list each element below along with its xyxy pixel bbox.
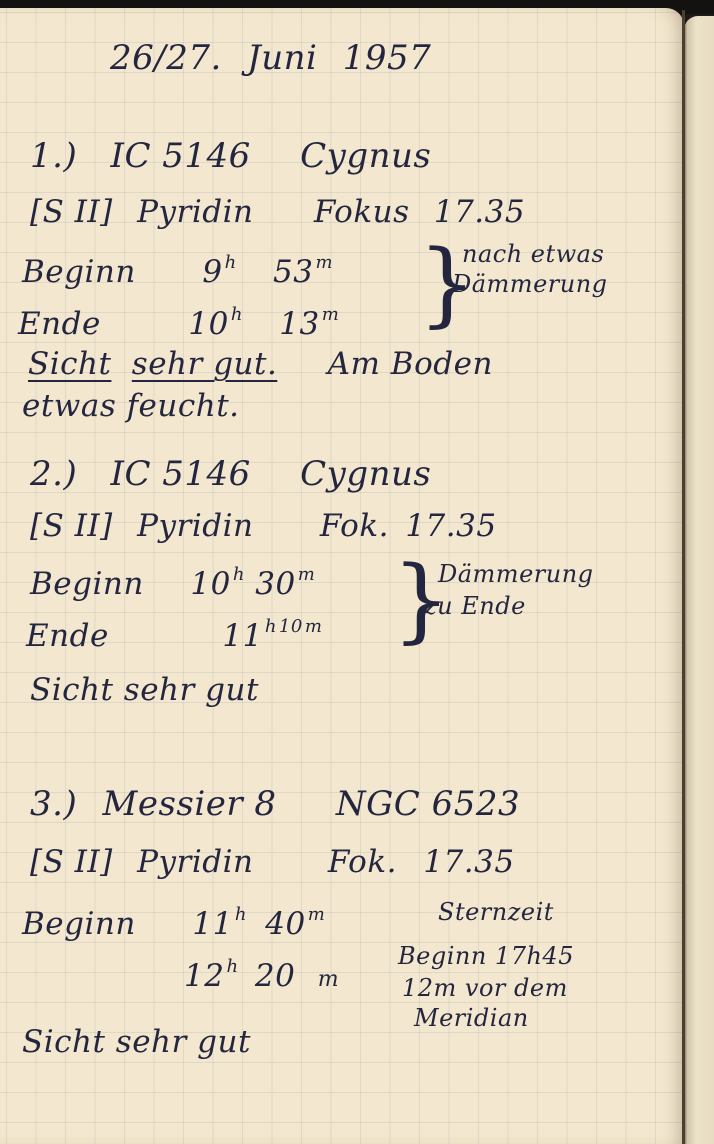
focus-value: 17.35 — [405, 508, 496, 544]
minute-unit: m — [316, 252, 334, 273]
minute-unit: m — [305, 616, 323, 637]
brace-note-1: nach etwas — [462, 240, 604, 268]
focus-value: 17.35 — [423, 844, 514, 880]
end-line: Ende 10h 13m — [18, 304, 339, 342]
focus-value: 17.35 — [434, 194, 525, 230]
notebook-spread: 26/27. Juni 1957 1.) IC 5146 Cygnus [S I… — [0, 0, 714, 1144]
end-label: Ende — [26, 618, 212, 654]
begin-label: Beginn — [22, 906, 182, 942]
entry-heading: 1.) IC 5146 Cygnus — [30, 136, 431, 176]
plate-type: Pyridin — [137, 508, 253, 544]
meridian-note-2: Meridian — [414, 1004, 529, 1032]
begin-label: Beginn — [22, 254, 192, 290]
hour-unit: h — [235, 904, 247, 925]
minute-unit: m — [322, 304, 340, 325]
hour-unit: h — [225, 252, 237, 273]
end-minutes: 20 — [255, 958, 295, 994]
entry-heading: 2.) IC 5146 Cygnus — [30, 454, 431, 494]
remarks: Sicht sehr gut — [30, 672, 259, 708]
constellation: Cygnus — [300, 136, 431, 176]
end-label: Ende — [18, 306, 178, 342]
begin-line: Beginn 9h 53m — [22, 252, 333, 290]
date-month: Juni — [247, 38, 317, 78]
begin-hours: 11 — [192, 906, 232, 942]
begin-minutes: 30 — [255, 566, 295, 602]
focus-label: Fok. — [320, 508, 389, 544]
minute-unit: m — [298, 564, 316, 585]
filter: [S II] — [30, 508, 113, 544]
brace-note-1: Dämmerung — [438, 560, 594, 588]
remarks-line-1: Sicht sehr gut. Am Boden — [28, 346, 493, 382]
entry-number: 3.) — [30, 784, 77, 824]
next-page-edge — [684, 16, 714, 1144]
hour-unit: h — [226, 956, 238, 977]
setup-line: [S II] Pyridin Fok. 17.35 — [30, 844, 515, 880]
end-hours: 12 — [184, 958, 224, 994]
remark-sight: Sicht — [28, 346, 111, 382]
entry-number: 1.) — [30, 136, 77, 176]
end-hours: 10 — [188, 306, 228, 342]
hour-unit: h — [265, 616, 277, 637]
object-name: IC 5146 — [111, 136, 251, 176]
focus-label: Fok. — [328, 844, 397, 880]
minute-unit: m — [308, 904, 326, 925]
object-name: IC 5146 — [111, 454, 251, 494]
begin-line: Beginn 10h 30m — [30, 564, 315, 602]
brace-note-2: zu Ende — [424, 592, 526, 620]
hour-unit: h — [231, 304, 243, 325]
setup-line: [S II] Pyridin Fok. 17.35 — [30, 508, 497, 544]
catalog-alt: NGC 6523 — [336, 784, 520, 824]
remark-quality: sehr gut. — [132, 346, 278, 382]
begin-label: Beginn — [30, 566, 180, 602]
sidereal-begin: Beginn 17h45 — [398, 942, 574, 970]
date-year: 1957 — [343, 38, 432, 78]
filter: [S II] — [30, 194, 113, 230]
end-line: 12h 20 m — [184, 956, 339, 994]
date-nights: 26/27. — [110, 38, 222, 78]
notebook-page: 26/27. Juni 1957 1.) IC 5146 Cygnus [S I… — [0, 8, 684, 1144]
begin-hours: 10 — [190, 566, 230, 602]
end-line: Ende 11h10m — [26, 616, 322, 654]
page-date: 26/27. Juni 1957 — [110, 38, 431, 78]
focus-label: Fokus — [314, 194, 410, 230]
plate-type: Pyridin — [137, 844, 253, 880]
entry-number: 2.) — [30, 454, 77, 494]
remark-ground: Am Boden — [328, 346, 493, 382]
remarks: Sicht sehr gut — [22, 1024, 251, 1060]
end-minutes: 10 — [279, 616, 303, 637]
plate-type: Pyridin — [137, 194, 253, 230]
begin-minutes: 40 — [265, 906, 305, 942]
hour-unit: h — [233, 564, 245, 585]
begin-minutes: 53 — [273, 254, 313, 290]
sidereal-label: Sternzeit — [438, 898, 554, 926]
entry-heading: 3.) Messier 8 NGC 6523 — [30, 784, 520, 824]
begin-line: Beginn 11h 40m — [22, 904, 325, 942]
constellation: Cygnus — [300, 454, 431, 494]
setup-line: [S II] Pyridin Fokus 17.35 — [30, 194, 525, 230]
remarks-line-2: etwas feucht. — [22, 388, 240, 424]
filter: [S II] — [30, 844, 113, 880]
end-minutes: 13 — [279, 306, 319, 342]
minute-unit: m — [318, 967, 339, 992]
end-hours: 11 — [222, 618, 262, 654]
meridian-note-1: 12m vor dem — [402, 974, 568, 1002]
object-name: Messier 8 — [103, 784, 277, 824]
page-binding — [682, 10, 685, 1144]
begin-hours: 9 — [202, 254, 222, 290]
brace-note-2: Dämmerung — [452, 270, 608, 298]
